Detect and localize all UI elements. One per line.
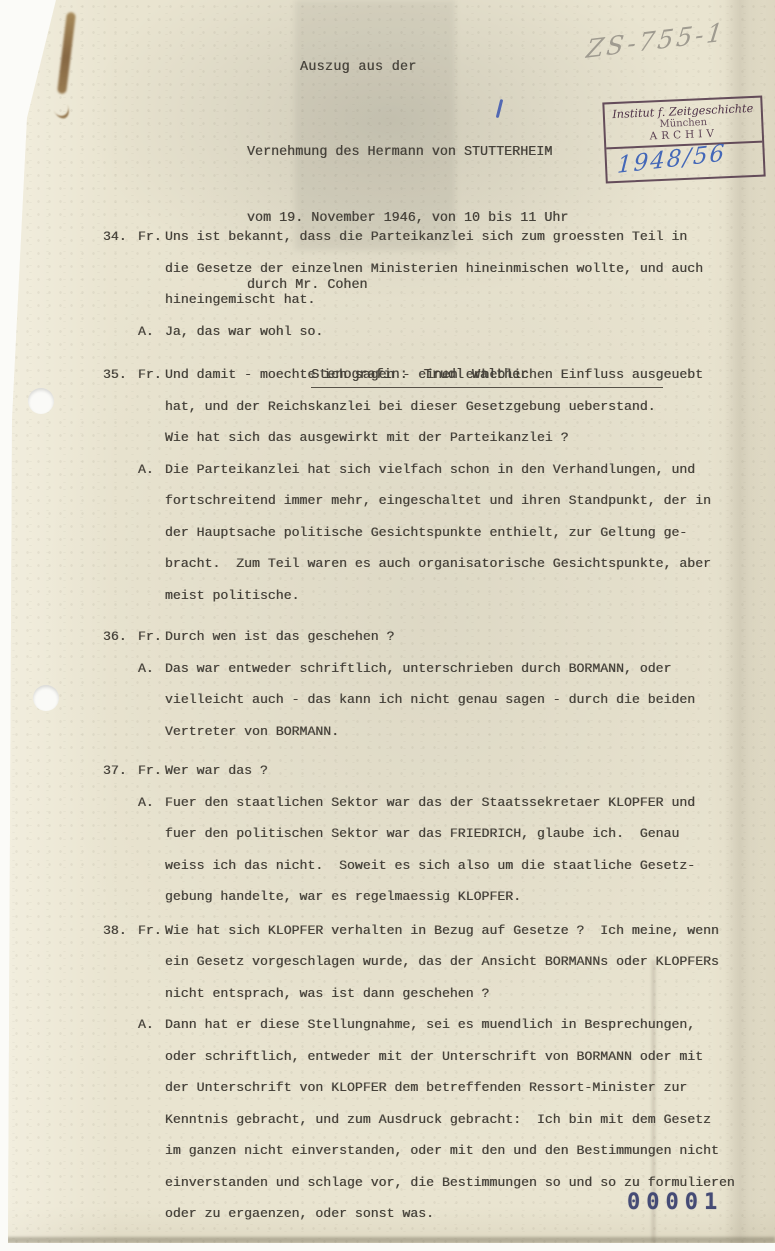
answer-text: Die Parteikanzlei hat sich vielfach scho… xyxy=(165,454,711,612)
qa-item-37: 37. Fr. Wer war das ? A. Fuer den staatl… xyxy=(103,755,768,913)
question-label: Fr. xyxy=(138,359,165,391)
question-row: 38. Fr. Wie hat sich KLOPFER verhalten i… xyxy=(103,915,768,1010)
answer-text: Das war entweder schriftlich, unterschri… xyxy=(165,653,695,748)
question-row: 35. Fr. Und damit - moechte ich sagen - … xyxy=(103,359,768,454)
answer-label: A. xyxy=(138,1009,165,1041)
qa-number: 36. xyxy=(103,621,138,653)
archive-stamp-number-box: 1948/56 xyxy=(606,143,763,182)
pencil-archive-ref: ZS-755-1 xyxy=(585,17,728,64)
answer-label: A. xyxy=(138,653,165,685)
punch-hole-top xyxy=(28,388,54,414)
rust-stain-mark xyxy=(57,12,76,94)
rust-stain-hook xyxy=(49,94,72,121)
question-row: 34. Fr. Uns ist bekannt, dass die Partei… xyxy=(103,221,768,316)
answer-label: A. xyxy=(138,316,165,348)
answer-text: Fuer den staatlichen Sektor war das der … xyxy=(165,787,695,913)
scanned-document-page: ZS-755-1 Auszug aus der Vernehmung des H… xyxy=(0,0,775,1251)
archive-stamp-text: Institut f. Zeitgeschichte München ARCHI… xyxy=(604,98,762,150)
qa-number: 35. xyxy=(103,359,138,391)
document-title: Auszug aus der xyxy=(300,60,417,75)
qa-item-34: 34. Fr. Uns ist bekannt, dass die Partei… xyxy=(103,221,768,347)
qa-item-36: 36. Fr. Durch wen ist das geschehen ? A.… xyxy=(103,621,768,747)
answer-row: A. Fuer den staatlichen Sektor war das d… xyxy=(103,787,768,913)
question-text: Durch wen ist das geschehen ? xyxy=(165,621,395,653)
qa-number: 37. xyxy=(103,755,138,787)
answer-label: A. xyxy=(138,787,165,819)
qa-number: 38. xyxy=(103,915,138,947)
question-row: 37. Fr. Wer war das ? xyxy=(103,755,768,787)
page-number-stamp: 00001 xyxy=(627,1190,723,1215)
question-text: Uns ist bekannt, dass die Parteikanzlei … xyxy=(165,221,703,316)
question-text: Und damit - moechte ich sagen - einen er… xyxy=(165,359,703,454)
punch-hole-bottom xyxy=(33,685,59,711)
header-subject-line: Vernehmung des Hermann von STUTTERHEIM xyxy=(247,142,663,164)
qa-number: 34. xyxy=(103,221,138,253)
qa-transcript: 34. Fr. Uns ist bekannt, dass die Partei… xyxy=(103,221,768,1230)
question-text: Wie hat sich KLOPFER verhalten in Bezug … xyxy=(165,915,719,1010)
question-label: Fr. xyxy=(138,755,165,787)
paper-bottom-edge xyxy=(6,1237,775,1243)
question-text: Wer war das ? xyxy=(165,755,268,787)
paper-sheet: ZS-755-1 Auszug aus der Vernehmung des H… xyxy=(0,0,775,1251)
question-label: Fr. xyxy=(138,621,165,653)
question-row: 36. Fr. Durch wen ist das geschehen ? xyxy=(103,621,768,653)
question-label: Fr. xyxy=(138,915,165,947)
answer-label: A. xyxy=(138,454,165,486)
question-label: Fr. xyxy=(138,221,165,253)
archive-stamp: Institut f. Zeitgeschichte München ARCHI… xyxy=(602,96,765,184)
qa-item-38: 38. Fr. Wie hat sich KLOPFER verhalten i… xyxy=(103,915,768,1230)
answer-row: A. Ja, das war wohl so. xyxy=(103,316,768,348)
answer-text: Ja, das war wohl so. xyxy=(165,316,323,348)
qa-item-35: 35. Fr. Und damit - moechte ich sagen - … xyxy=(103,359,768,611)
answer-row: A. Das war entweder schriftlich, untersc… xyxy=(103,653,768,748)
answer-row: A. Die Parteikanzlei hat sich vielfach s… xyxy=(103,454,768,612)
